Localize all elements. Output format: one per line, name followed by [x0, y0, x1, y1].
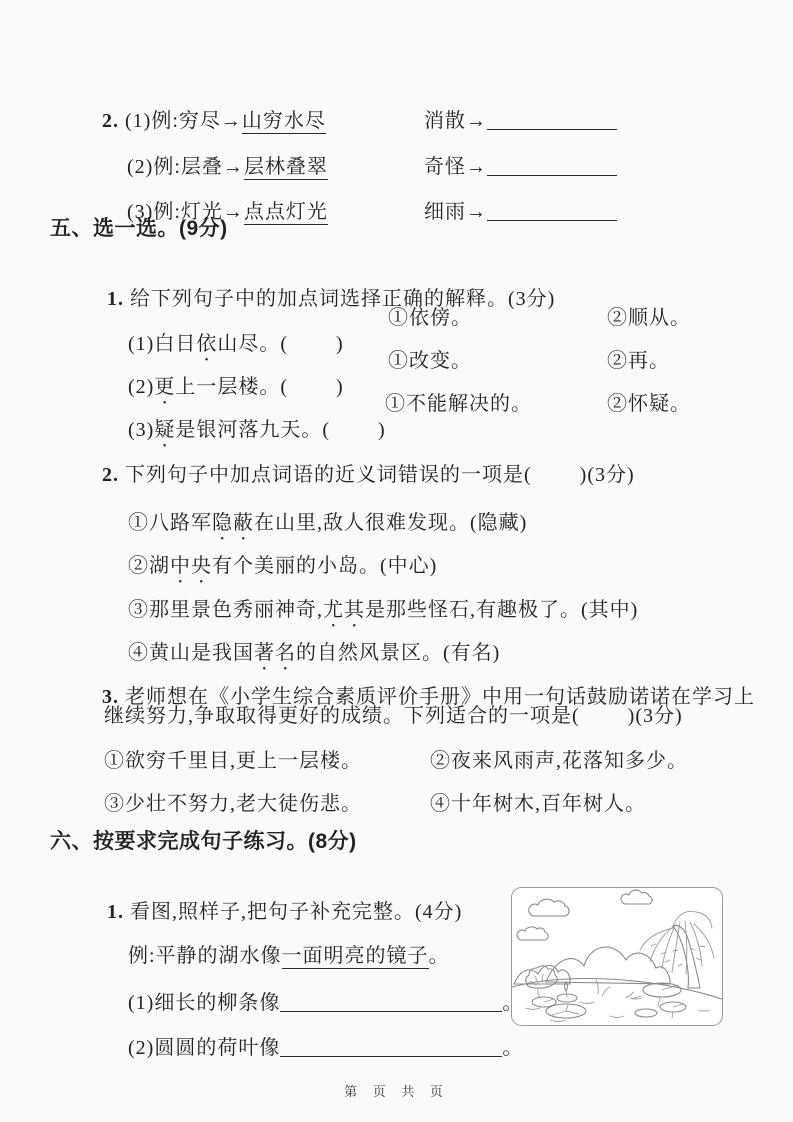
question-text-line2: 继续努力,争取取得更好的成绩。下列适合的一项是( )(3分) [104, 703, 683, 729]
illustration-border [512, 888, 723, 1026]
option-label: ①依傍。 [388, 305, 472, 331]
blank-line [280, 1042, 502, 1057]
option-label: ②顺从。 [607, 305, 691, 331]
example-answer-underlined: 点点灯光 [244, 201, 328, 225]
page-footer: 第 页 共 页 [0, 1081, 793, 1100]
pond-illustration [510, 886, 724, 1032]
option-label: ③少壮不努力,老大徒伤悲。 [104, 791, 362, 817]
question-number: 2. [102, 464, 125, 486]
section-heading: 六、按要求完成句子练习。(8分) [50, 829, 357, 855]
option-label: ②怀疑。 [607, 391, 691, 417]
fill-sentence-row: (2)圆圆的荷叶像。 [104, 1009, 523, 1087]
option-label: ①改变。 [388, 348, 472, 374]
fill-label: (2)圆圆的荷叶像 [128, 1037, 280, 1059]
section-heading: 五、选一选。(9分) [50, 216, 228, 242]
period: 。 [502, 1037, 523, 1059]
worksheet-page: 2.(1)例:穷尽→山穷水尽 消散→ (2)例:层叠→层林叠翠 奇怪→ (3)例… [0, 0, 793, 1122]
option-label: ②再。 [607, 348, 670, 374]
fill-word-row: 细雨→ [400, 173, 617, 251]
option-label: ①不能解决的。 [385, 391, 532, 417]
question-text: 下列句子中加点词语的近义词错误的一项是( )(3分) [125, 464, 635, 486]
option-label: ②夜来风雨声,花落知多少。 [430, 748, 688, 774]
option-label: ①欲穷千里目,更上一层楼。 [104, 748, 362, 774]
word-prompt: 细雨→ [424, 201, 487, 223]
blank-line [487, 206, 617, 221]
option-label: ④十年树木,百年树人。 [430, 791, 646, 817]
